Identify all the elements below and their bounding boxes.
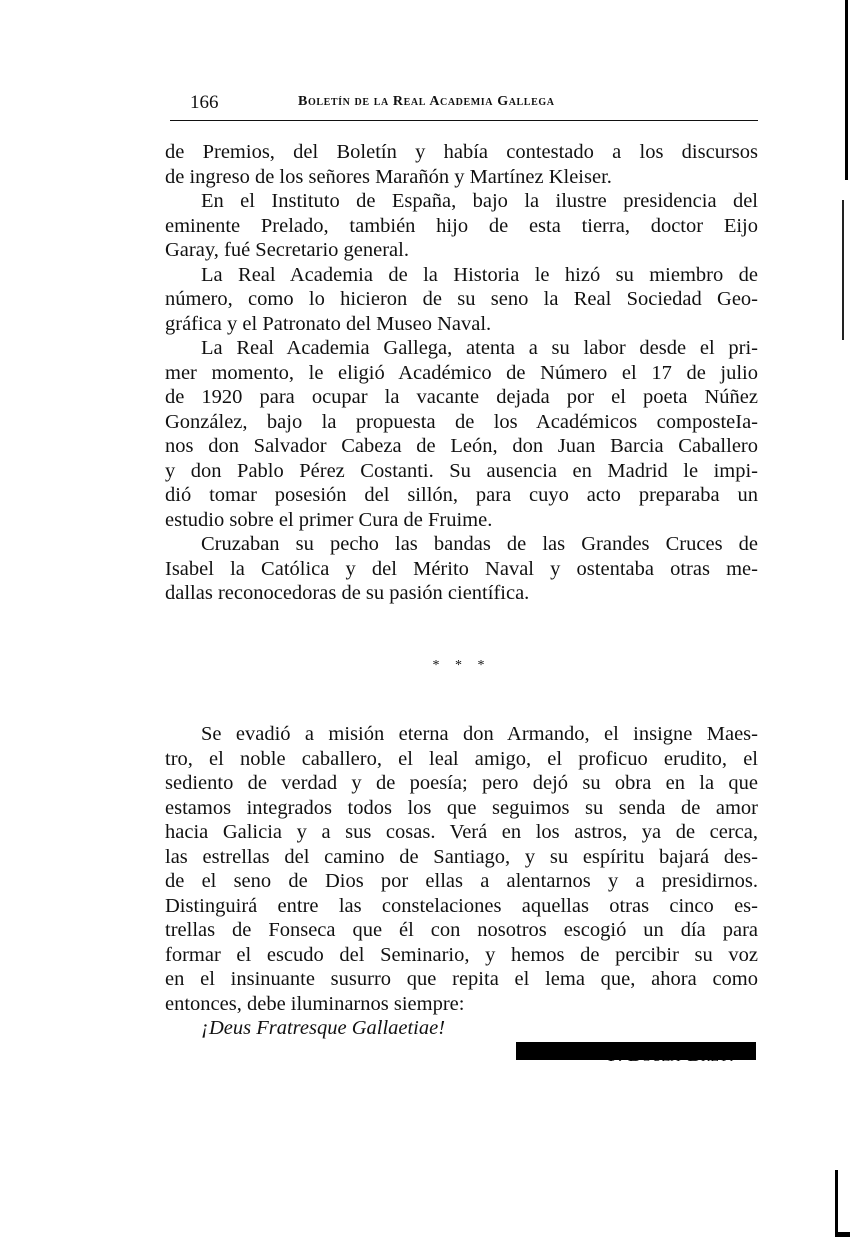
text-line: La Real Academia Gallega, atenta a su la… [165,336,758,361]
page-header: 166 Boletín de la Real Academia Gallega [190,92,758,116]
text-line: Garay, fué Secretario general. [165,238,758,263]
article-body: de Premios, del Boletín y había contesta… [165,140,758,1067]
scan-edge-mark [835,1170,838,1237]
text-line: formar el escudo del Seminario, y hemos … [165,943,758,968]
text-line: entonces, debe iluminarnos siempre: [165,992,758,1017]
text-line: de ingreso de los señores Marañón y Mart… [165,165,758,190]
text-line: de 1920 para ocupar la vacante dejada po… [165,385,758,410]
section-separator: * * * [165,654,758,679]
text-line: número, como lo hicieron de su seno la R… [165,287,758,312]
running-title: Boletín de la Real Academia Gallega [298,94,555,110]
scan-edge-mark [842,200,844,340]
motto: ¡Deus Fratresque Gallaetiae! [165,1016,758,1041]
text-line: mer momento, le eligió Académico de Núme… [165,361,758,386]
text-line: estudio sobre el primer Cura de Fruime. [165,508,758,533]
text-line: de Premios, del Boletín y había contesta… [165,140,758,165]
scan-edge-mark [835,1232,850,1237]
text-line: dió tomar posesión del sillón, para cuyo… [165,483,758,508]
text-line: gráfica y el Patronato del Museo Naval. [165,312,758,337]
text-line: sediento de verdad y de poesía; pero dej… [165,771,758,796]
text-line: nos don Salvador Cabeza de León, don Jua… [165,434,758,459]
text-line: Distinguirá entre las constelaciones aqu… [165,894,758,919]
text-line: eminente Prelado, también hijo de esta t… [165,214,758,239]
text-line: estamos integrados todos los que seguimo… [165,796,758,821]
page-number: 166 [190,92,219,114]
text-line: dallas reconocedoras de su pasión cientí… [165,581,758,606]
paragraph-4: La Real Academia Gallega, atenta a su la… [165,336,758,532]
text-line: de el seno de Dios por ellas a alentarno… [165,869,758,894]
text-line: tro, el noble caballero, el leal amigo, … [165,747,758,772]
end-ornament-bar [516,1042,756,1060]
paragraph-1: de Premios, del Boletín y había contesta… [165,140,758,189]
text-line: trellas de Fonseca que él con nosotros e… [165,918,758,943]
paragraph-5: Cruzaban su pecho las bandas de las Gran… [165,532,758,606]
text-line: Isabel la Católica y del Mérito Naval y … [165,557,758,582]
closing-paragraph: Se evadió a misión eterna don Armando, e… [165,722,758,1016]
paragraph-2: En el Instituto de España, bajo la ilust… [165,189,758,263]
header-rule [170,120,758,121]
text-line: La Real Academia de la Historia le hizó … [165,263,758,288]
text-line: las estrellas del camino de Santiago, y … [165,845,758,870]
text-line: Se evadió a misión eterna don Armando, e… [165,722,758,747]
text-line: en el insinuante susurro que repita el l… [165,967,758,992]
text-line: Cruzaban su pecho las bandas de las Gran… [165,532,758,557]
text-line: hacia Galicia y a sus cosas. Verá en los… [165,820,758,845]
paragraph-3: La Real Academia de la Historia le hizó … [165,263,758,337]
text-line: En el Instituto de España, bajo la ilust… [165,189,758,214]
text-line: González, bajo la propuesta de los Acadé… [165,410,758,435]
scan-edge-mark [845,0,848,180]
text-line: y don Pablo Pérez Costanti. Su ausencia … [165,459,758,484]
